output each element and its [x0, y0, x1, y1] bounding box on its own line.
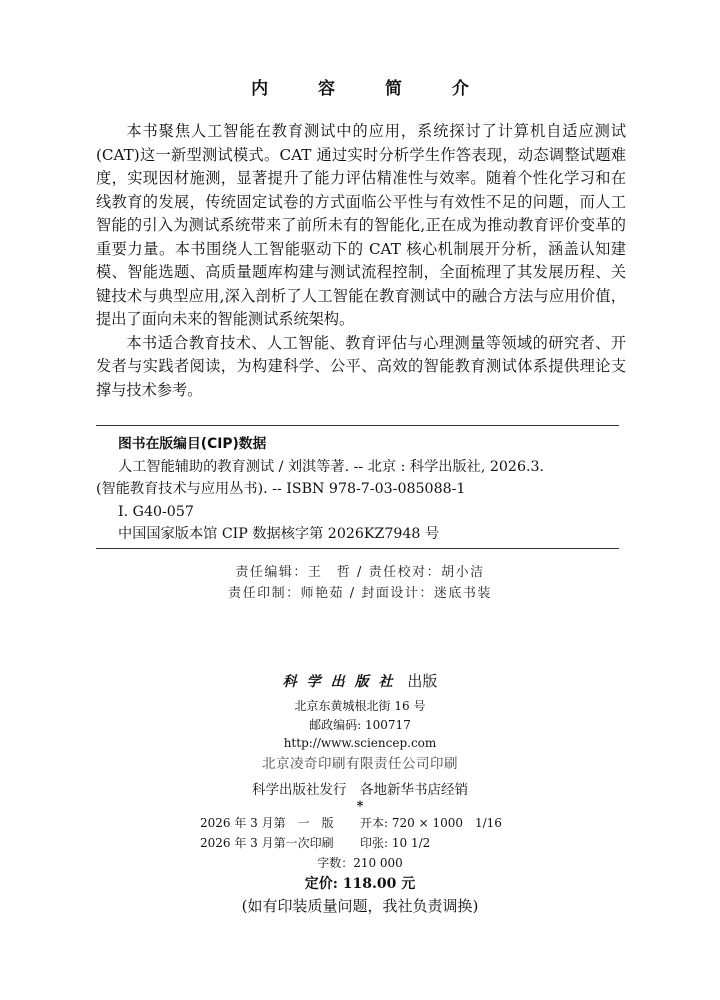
cip-series-isbn-line: (智能教育技术与应用丛书). -- ISBN 978-7-03-085088-1 [96, 478, 619, 501]
editorial-credits: 责任编辑：王 哲 / 责任校对：胡小洁 责任印制：师艳茹 / 封面设计：迷底书装 [0, 562, 720, 604]
printer-name: 北京凌奇印刷有限责任公司印刷 [0, 753, 720, 775]
quality-notice: (如有印装质量问题，我社负责调换) [0, 895, 720, 917]
publisher-website[interactable]: http://www.sciencep.com [0, 734, 720, 753]
publisher-row: 科学出版社 出版 [0, 668, 720, 695]
cip-block: 图书在版编目(CIP)数据 人工智能辅助的教育测试 / 刘淇等著. -- 北京 … [96, 433, 619, 546]
publisher-logo: 科学出版社 [283, 674, 403, 690]
cip-bottom-rule [96, 548, 619, 549]
summary-paragraph: 本书聚焦人工智能在教育测试中的应用，系统探讨了计算机自适应测试(CAT)这一新型… [96, 120, 626, 332]
colophon: 科学出版社 出版 北京东黄城根北街 16 号 邮政编码: 100717 http… [0, 668, 720, 917]
summary-paragraph: 本书适合教育技术、人工智能、教育评估与心理测量等领域的研究者、开发者与实践者阅读… [96, 332, 626, 403]
page-title: 内 容 简 介 [0, 74, 720, 99]
credits-editor-proofreader: 责任编辑：王 哲 / 责任校对：胡小洁 [0, 562, 720, 583]
content-summary: 本书聚焦人工智能在教育测试中的应用，系统探讨了计算机自适应测试(CAT)这一新型… [96, 120, 626, 402]
publisher-suffix: 出版 [407, 672, 437, 690]
cip-record-number: 中国国家版本馆 CIP 数据核字第 2026KZ7948 号 [96, 523, 619, 546]
price: 定价: 118.00 元 [0, 873, 720, 895]
word-count: 字数：210 000 [0, 853, 720, 873]
separator-star: * [0, 801, 720, 813]
format-info: 开本: 720 × 1000 1/16 [360, 813, 520, 833]
publisher-address: 北京东黄城根北街 16 号 [0, 697, 720, 716]
cip-top-rule [96, 425, 619, 426]
specs-block: 2026 年 3 月第 一 版 开本: 720 × 1000 1/16 2026… [0, 813, 720, 873]
cip-heading: 图书在版编目(CIP)数据 [96, 433, 619, 456]
cip-classification: Ⅰ. G40-057 [96, 501, 619, 524]
edition-info: 2026 年 3 月第 一 版 [200, 813, 360, 833]
spec-row-printing: 2026 年 3 月第一次印刷 印张: 10 1/2 [0, 833, 720, 853]
spec-row-edition: 2026 年 3 月第 一 版 开本: 720 × 1000 1/16 [0, 813, 720, 833]
credits-printing-cover: 责任印制：师艳茹 / 封面设计：迷底书装 [0, 583, 720, 604]
sheets-info: 印张: 10 1/2 [360, 833, 520, 853]
printing-info: 2026 年 3 月第一次印刷 [200, 833, 360, 853]
publisher-postcode: 邮政编码: 100717 [0, 716, 720, 735]
cip-title-line: 人工智能辅助的教育测试 / 刘淇等著. -- 北京 : 科学出版社, 2026.… [96, 456, 619, 479]
distribution-info: 科学出版社发行 各地新华书店经销 [0, 779, 720, 801]
